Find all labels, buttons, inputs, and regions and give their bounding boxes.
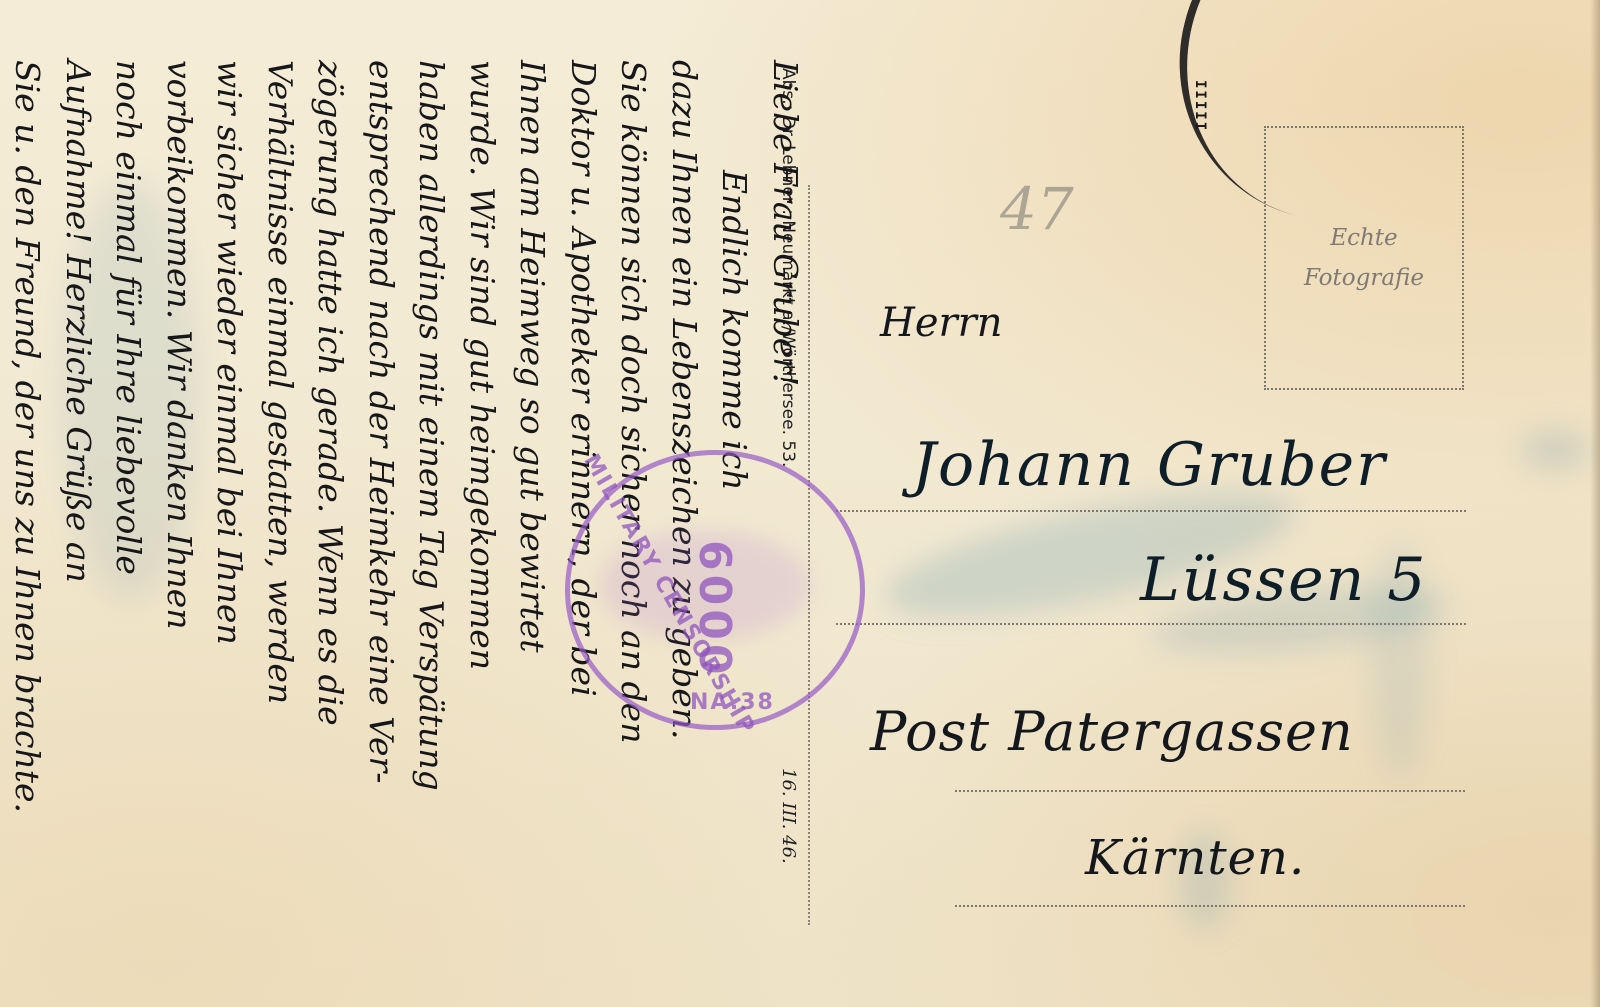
postmark-ticks: IIIII: [1192, 80, 1208, 132]
letter-line: vorbeikommen. Wir danken Ihnen: [154, 60, 205, 990]
letter-line: entsprechend nach der Heimkehr eine Ver-: [356, 60, 407, 990]
letter-line: noch einmal für Ihre liebevolle: [103, 60, 154, 990]
letter-line: Aufnahme! Herzliche Grüße an: [53, 60, 104, 990]
letter-line: wurde. Wir sind gut heimgekommen: [457, 60, 508, 990]
address-line-3: [955, 790, 1465, 792]
stamp-box-label-2: Fotografie: [1304, 258, 1424, 298]
letter-line: Sie u. den Freund, der uns zu Ihnen brac…: [2, 60, 53, 990]
address-street: Lüssen 5: [1140, 545, 1427, 615]
censorship-stamp-code: NA.38: [690, 690, 775, 715]
pencil-mark: 47: [1000, 175, 1074, 243]
address-line-1: [836, 510, 1466, 512]
address-salutation: Herrn: [880, 300, 1003, 346]
stamp-box: Echte Fotografie: [1264, 126, 1464, 390]
address-line-4: [955, 905, 1465, 907]
ink-smudge: [1520, 430, 1590, 470]
censorship-stamp-number: 6000: [689, 540, 740, 678]
letter-line: zögerung hatte ich gerade. Wenn es die: [305, 60, 356, 990]
letter-line: wir sicher wieder einmal bei Ihnen: [204, 60, 255, 990]
address-region: Kärnten.: [1085, 830, 1305, 886]
address-line-2: [836, 623, 1466, 625]
letter-line: Ihnen am Heimweg so gut bewirtet: [507, 60, 558, 990]
address-name: Johann Gruber: [912, 430, 1387, 500]
stamp-box-label-1: Echte: [1330, 218, 1397, 258]
postcard-back: IIIII Echte Fotografie 47 Herrn Johann G…: [0, 0, 1600, 1007]
card-edge-shadow: [1590, 0, 1600, 1007]
address-post: Post Patergassen: [870, 700, 1354, 763]
letter-line: Verhältnisse einmal gestatten, werden: [255, 60, 306, 990]
letter-line: haben allerdings mit einem Tag Verspätun…: [406, 60, 457, 990]
